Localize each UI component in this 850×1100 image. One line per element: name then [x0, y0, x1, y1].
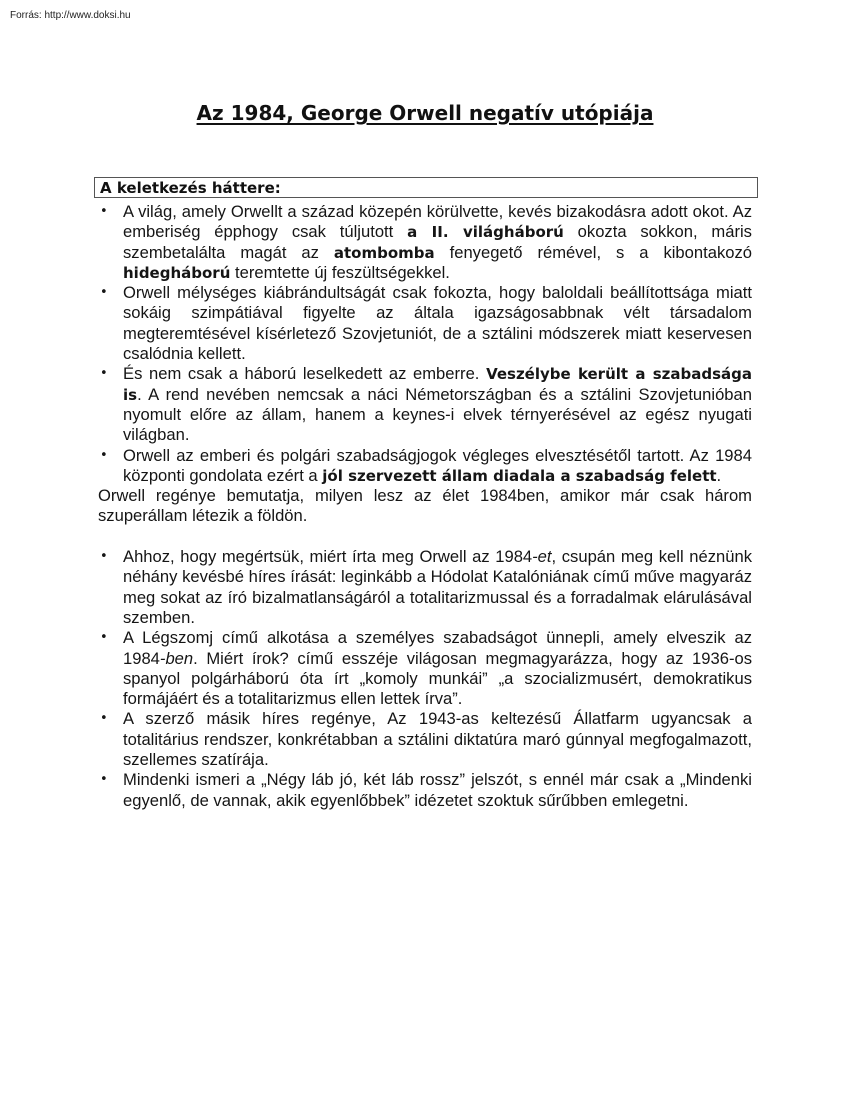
list-item: •Ahhoz, hogy megértsük, miért írta meg O… — [98, 547, 752, 628]
body-text: Orwell mélységes kiábrándultságát csak f… — [123, 283, 752, 363]
emphasis-text: atombomba — [334, 244, 435, 262]
emphasis-text: a II. világháború — [407, 223, 564, 241]
list-item: •A világ, amely Orwellt a század közepén… — [98, 202, 752, 283]
list-item: •Orwell az emberi és polgári szabadságjo… — [98, 446, 752, 487]
bullet-list-background: •A világ, amely Orwellt a század közepén… — [98, 202, 752, 486]
body-text: . — [717, 466, 722, 485]
summary-paragraph: Orwell regénye bemutatja, milyen lesz az… — [98, 486, 752, 527]
bullet-icon: • — [100, 446, 108, 466]
emphasis-text: jól szervezett állam diadala a szabadság… — [322, 467, 716, 485]
body-text: . Miért írok? című esszéje világosan meg… — [123, 649, 752, 709]
body-text: teremtette új feszültségekkel. — [230, 263, 450, 282]
body-text: Mindenki ismeri a „Négy láb jó, két láb … — [123, 770, 752, 809]
page-title: Az 1984, George Orwell negatív utópiája — [0, 101, 850, 125]
bullet-icon: • — [100, 364, 108, 384]
body-text: A szerző másik híres regénye, Az 1943-as… — [123, 709, 752, 769]
bullet-icon: • — [100, 283, 108, 303]
document-body: •A világ, amely Orwellt a század közepén… — [98, 202, 752, 811]
bullet-icon: • — [100, 202, 108, 222]
bullet-icon: • — [100, 547, 108, 567]
body-text: Ahhoz, hogy megértsük, miért írta meg Or… — [123, 547, 532, 566]
section-heading: A keletkezés háttere: — [100, 179, 281, 197]
emphasis-text: hidegháború — [123, 264, 230, 282]
list-item: •Mindenki ismeri a „Négy láb jó, két láb… — [98, 770, 752, 811]
source-label: Forrás: http://www.doksi.hu — [10, 10, 131, 21]
bullet-icon: • — [100, 628, 108, 648]
section-heading-box: A keletkezés háttere: — [94, 177, 758, 198]
bullet-list-works: •Ahhoz, hogy megértsük, miért írta meg O… — [98, 547, 752, 811]
bullet-icon: • — [100, 709, 108, 729]
list-item: •Orwell mélységes kiábrándultságát csak … — [98, 283, 752, 364]
list-item: •A szerző másik híres regénye, Az 1943-a… — [98, 709, 752, 770]
body-text: És nem csak a háború leselkedett az embe… — [123, 364, 486, 383]
italic-text: -et — [532, 547, 551, 566]
list-item: •És nem csak a háború leselkedett az emb… — [98, 364, 752, 445]
body-text: fenyegető rémével, s a kibontakozó — [435, 243, 752, 262]
italic-text: -ben — [160, 649, 193, 668]
list-item: •A Légszomj című alkotása a személyes sz… — [98, 628, 752, 709]
paragraph-gap — [98, 527, 752, 547]
body-text: . A rend nevében nemcsak a náci Németors… — [123, 385, 752, 445]
bullet-icon: • — [100, 770, 108, 790]
